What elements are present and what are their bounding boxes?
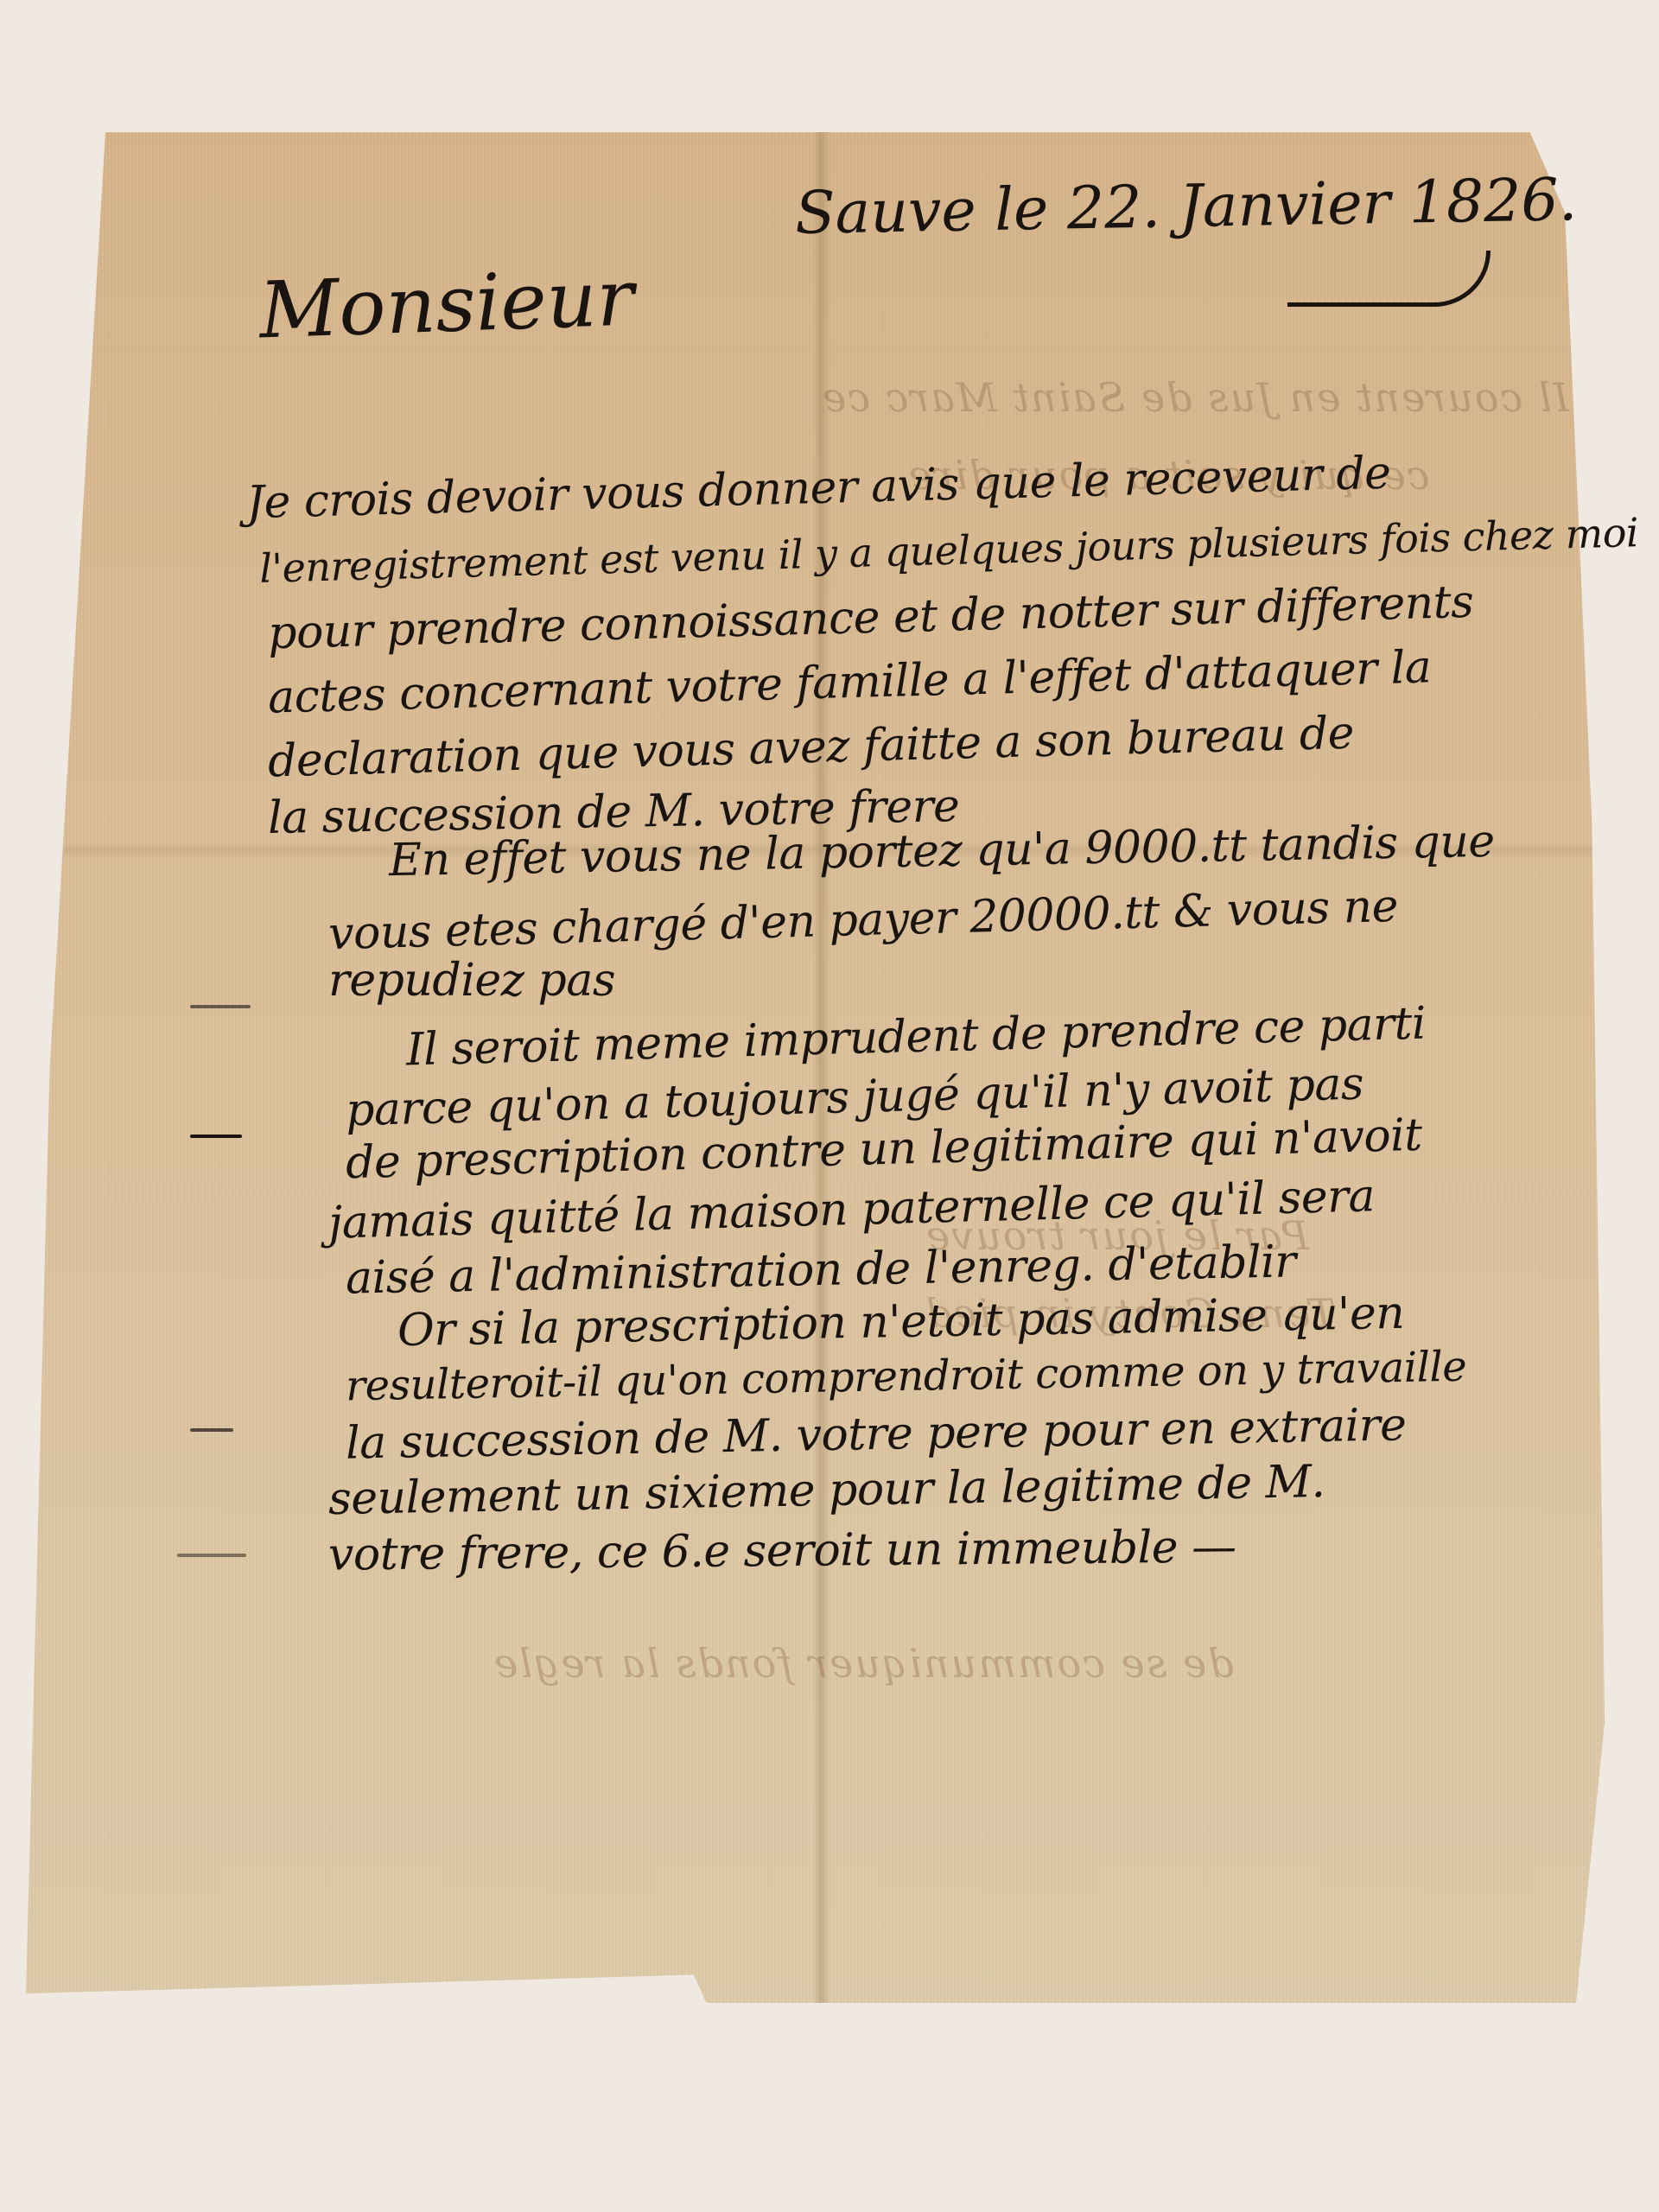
bleed-through-line: Il courent en Jus de Saint Marc ce	[821, 374, 1569, 421]
letter-line: repudiez pas	[328, 955, 615, 1007]
margin-dash	[190, 1428, 233, 1432]
salutation: Monsieur	[257, 252, 635, 356]
margin-dash	[190, 1135, 242, 1138]
letter-paper: Il courent en Jus de Saint Marc ce ce qu…	[26, 132, 1616, 2003]
date-underline-flourish	[1287, 251, 1491, 307]
letter-line: votre frere, ce 6.e seroit un immeuble —	[328, 1521, 1236, 1580]
margin-dash	[190, 1005, 251, 1008]
bleed-through-line: de se communiquer fonds la regle	[493, 1640, 1234, 1687]
photo-background: Il courent en Jus de Saint Marc ce ce qu…	[0, 0, 1659, 2212]
place-date: Sauve le 22. Janvier 1826.	[794, 166, 1578, 248]
margin-dash	[177, 1554, 246, 1557]
